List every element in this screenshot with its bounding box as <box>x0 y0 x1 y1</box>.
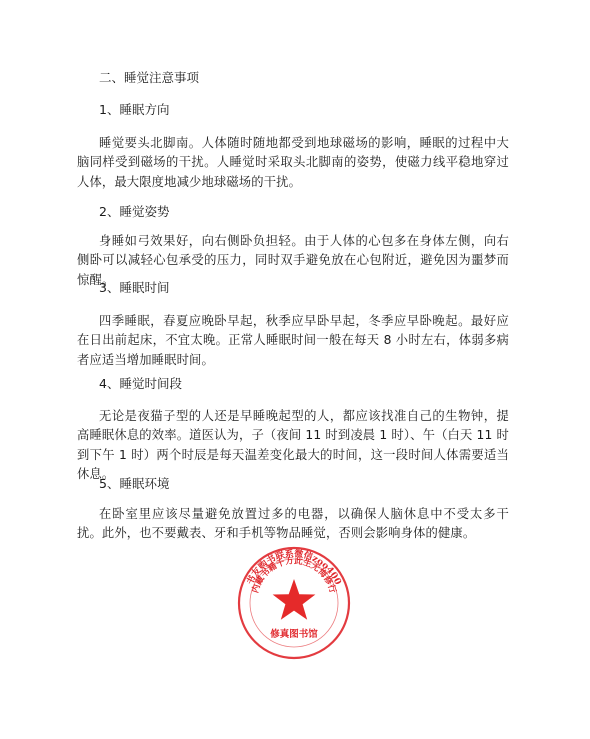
section-heading: 5、睡眠环境 <box>99 476 169 492</box>
stamp-center-text: 修真图书馆 <box>270 628 318 640</box>
document-page: 二、睡觉注意事项 1、睡眠方向 睡觉要头北脚南。人体随时随地都受到地球磁场的影响… <box>0 0 590 739</box>
library-seal-stamp: 书友购书联系微信zoo400 内藏书籍千万此生无悔修行 修真图书馆 <box>236 545 352 661</box>
section-body: 四季睡眠，春夏应晚卧早起，秋季应早卧早起，冬季应早卧晚起。最好应在日出前起床，不… <box>77 312 509 370</box>
section-body: 睡觉要头北脚南。人体随时随地都受到地球磁场的影响，睡眠的过程中大脑同样受到磁场的… <box>77 134 509 192</box>
section-heading: 1、睡眠方向 <box>99 102 169 118</box>
section-heading: 4、睡觉时间段 <box>99 376 182 392</box>
star-icon <box>273 579 316 620</box>
section-heading: 2、睡觉姿势 <box>99 204 169 220</box>
document-title: 二、睡觉注意事项 <box>99 70 199 86</box>
section-body: 在卧室里应该尽量避免放置过多的电器，以确保人脑休息中不受太多干扰。此外，也不要戴… <box>77 505 509 544</box>
section-body: 无论是夜猫子型的人还是早睡晚起型的人，都应该找准自己的生物钟，提高睡眠休息的效率… <box>77 407 509 484</box>
section-heading: 3、睡眠时间 <box>99 280 169 296</box>
